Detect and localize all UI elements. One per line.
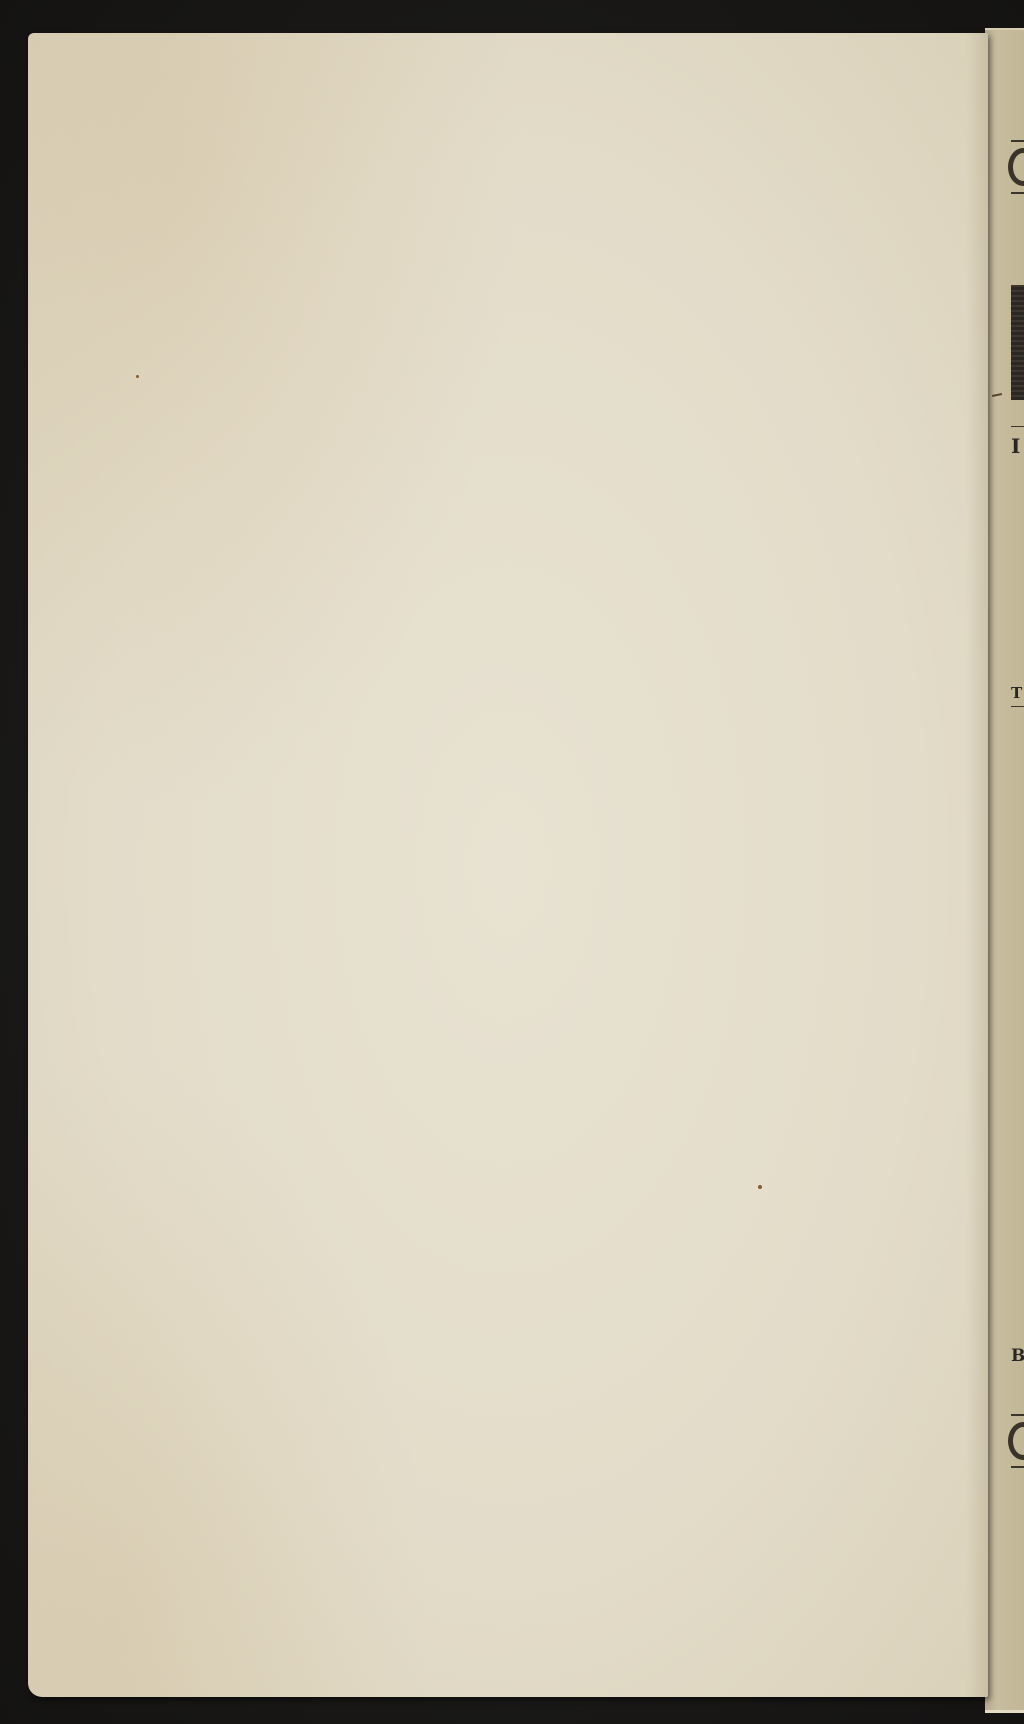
adjacent-page-edge: I T B	[985, 28, 1024, 1713]
rule-line	[1011, 1414, 1024, 1416]
fragment-letter-i: I	[1011, 434, 1020, 458]
rule-line	[1011, 426, 1024, 427]
rule-line	[1011, 140, 1024, 142]
rule-line	[1011, 192, 1024, 194]
rule-line	[1011, 1466, 1024, 1468]
pencil-mark	[992, 393, 1002, 397]
blank-page	[28, 33, 988, 1697]
rule-line	[1011, 706, 1024, 707]
foxing-spot	[758, 1185, 762, 1189]
fragment-letter-t: T	[1011, 684, 1022, 702]
foxing-spot	[136, 375, 139, 378]
ornament-bottom-icon	[1008, 1422, 1024, 1460]
fragment-letter-b: B	[1011, 1346, 1024, 1366]
ornament-top-icon	[1008, 148, 1024, 186]
decorative-initial-icon	[1011, 285, 1024, 400]
